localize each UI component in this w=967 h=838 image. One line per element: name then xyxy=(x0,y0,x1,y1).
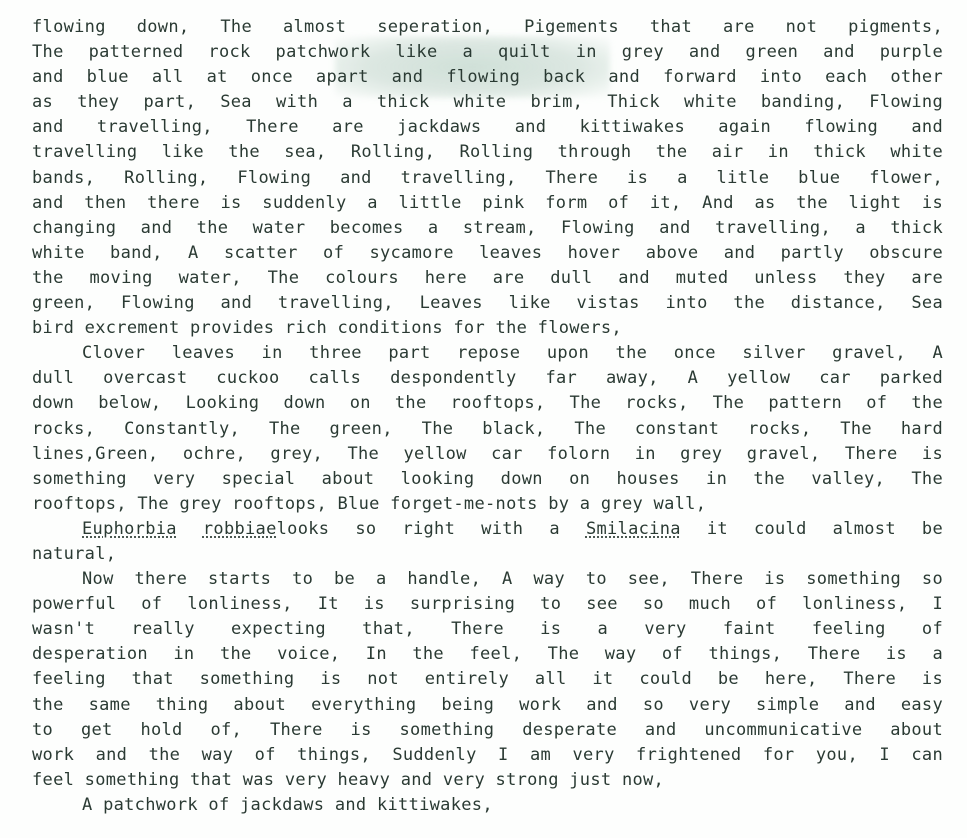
text-line: Now there starts to be a handle, A way t… xyxy=(32,567,943,592)
text-line: Clover leaves in three part repose upon … xyxy=(32,341,943,366)
text-line: wasn't really expecting that, There is a… xyxy=(32,617,943,642)
latin-name-robbiae: robbiae xyxy=(203,519,277,539)
text-line: The patterned rock patchwork like a quil… xyxy=(32,40,943,65)
document-body: flowing down, The almost seperation, Pig… xyxy=(32,15,943,818)
text-line: travelling like the sea, Rolling, Rollin… xyxy=(32,140,943,165)
text-line: feeling that something is not entirely a… xyxy=(32,667,943,692)
text-line: powerful of lonliness, It is surprising … xyxy=(32,592,943,617)
text-line: as they part, Sea with a thick white bri… xyxy=(32,90,943,115)
text-line: and then there is suddenly a little pink… xyxy=(32,191,943,216)
text-line: green, Flowing and travelling, Leaves li… xyxy=(32,291,943,316)
text-line: and blue all at once apart and flowing b… xyxy=(32,65,943,90)
text-line: dull overcast cuckoo calls despondently … xyxy=(32,366,943,391)
lines-after: natural,Now there starts to be a handle,… xyxy=(32,542,943,818)
text-line: the moving water, The colours here are d… xyxy=(32,266,943,291)
text-line: rocks, Constantly, The green, The black,… xyxy=(32,417,943,442)
latin-name-euphorbia: Euphorbia xyxy=(82,519,177,539)
text-line: down below, Looking down on the rooftops… xyxy=(32,391,943,416)
text-line: lines,Green, ochre, grey, The yellow car… xyxy=(32,442,943,467)
text-line: feel something that was very heavy and v… xyxy=(32,768,943,793)
botanical-line: Euphorbia robbiaelooks so right with a S… xyxy=(32,517,943,542)
text-line: to get hold of, There is something despe… xyxy=(32,718,943,743)
text-line: desperation in the voice, In the feel, T… xyxy=(32,642,943,667)
text-line: natural, xyxy=(32,542,943,567)
text-line: changing and the water becomes a stream,… xyxy=(32,216,943,241)
text-line: A patchwork of jackdaws and kittiwakes, xyxy=(32,793,943,818)
text-line: white band, A scatter of sycamore leaves… xyxy=(32,241,943,266)
text-line: flowing down, The almost seperation, Pig… xyxy=(32,15,943,40)
gap-text xyxy=(177,519,203,539)
text-line: work and the way of things, Suddenly I a… xyxy=(32,743,943,768)
text-line: something very special about looking dow… xyxy=(32,467,943,492)
latin-name-smilacina: Smilacina xyxy=(586,519,681,539)
text-line: and travelling, There are jackdaws and k… xyxy=(32,115,943,140)
text-line: bands, Rolling, Flowing and travelling, … xyxy=(32,166,943,191)
text-line: the same thing about everything being wo… xyxy=(32,693,943,718)
text-line: bird excrement provides rich conditions … xyxy=(32,316,943,341)
middle-text: looks so right with a xyxy=(277,519,586,539)
end-text: it could almost be xyxy=(681,519,943,539)
text-line: rooftops, The grey rooftops, Blue forget… xyxy=(32,492,943,517)
lines-before: flowing down, The almost seperation, Pig… xyxy=(32,15,943,517)
scanned-page: flowing down, The almost seperation, Pig… xyxy=(0,0,967,838)
